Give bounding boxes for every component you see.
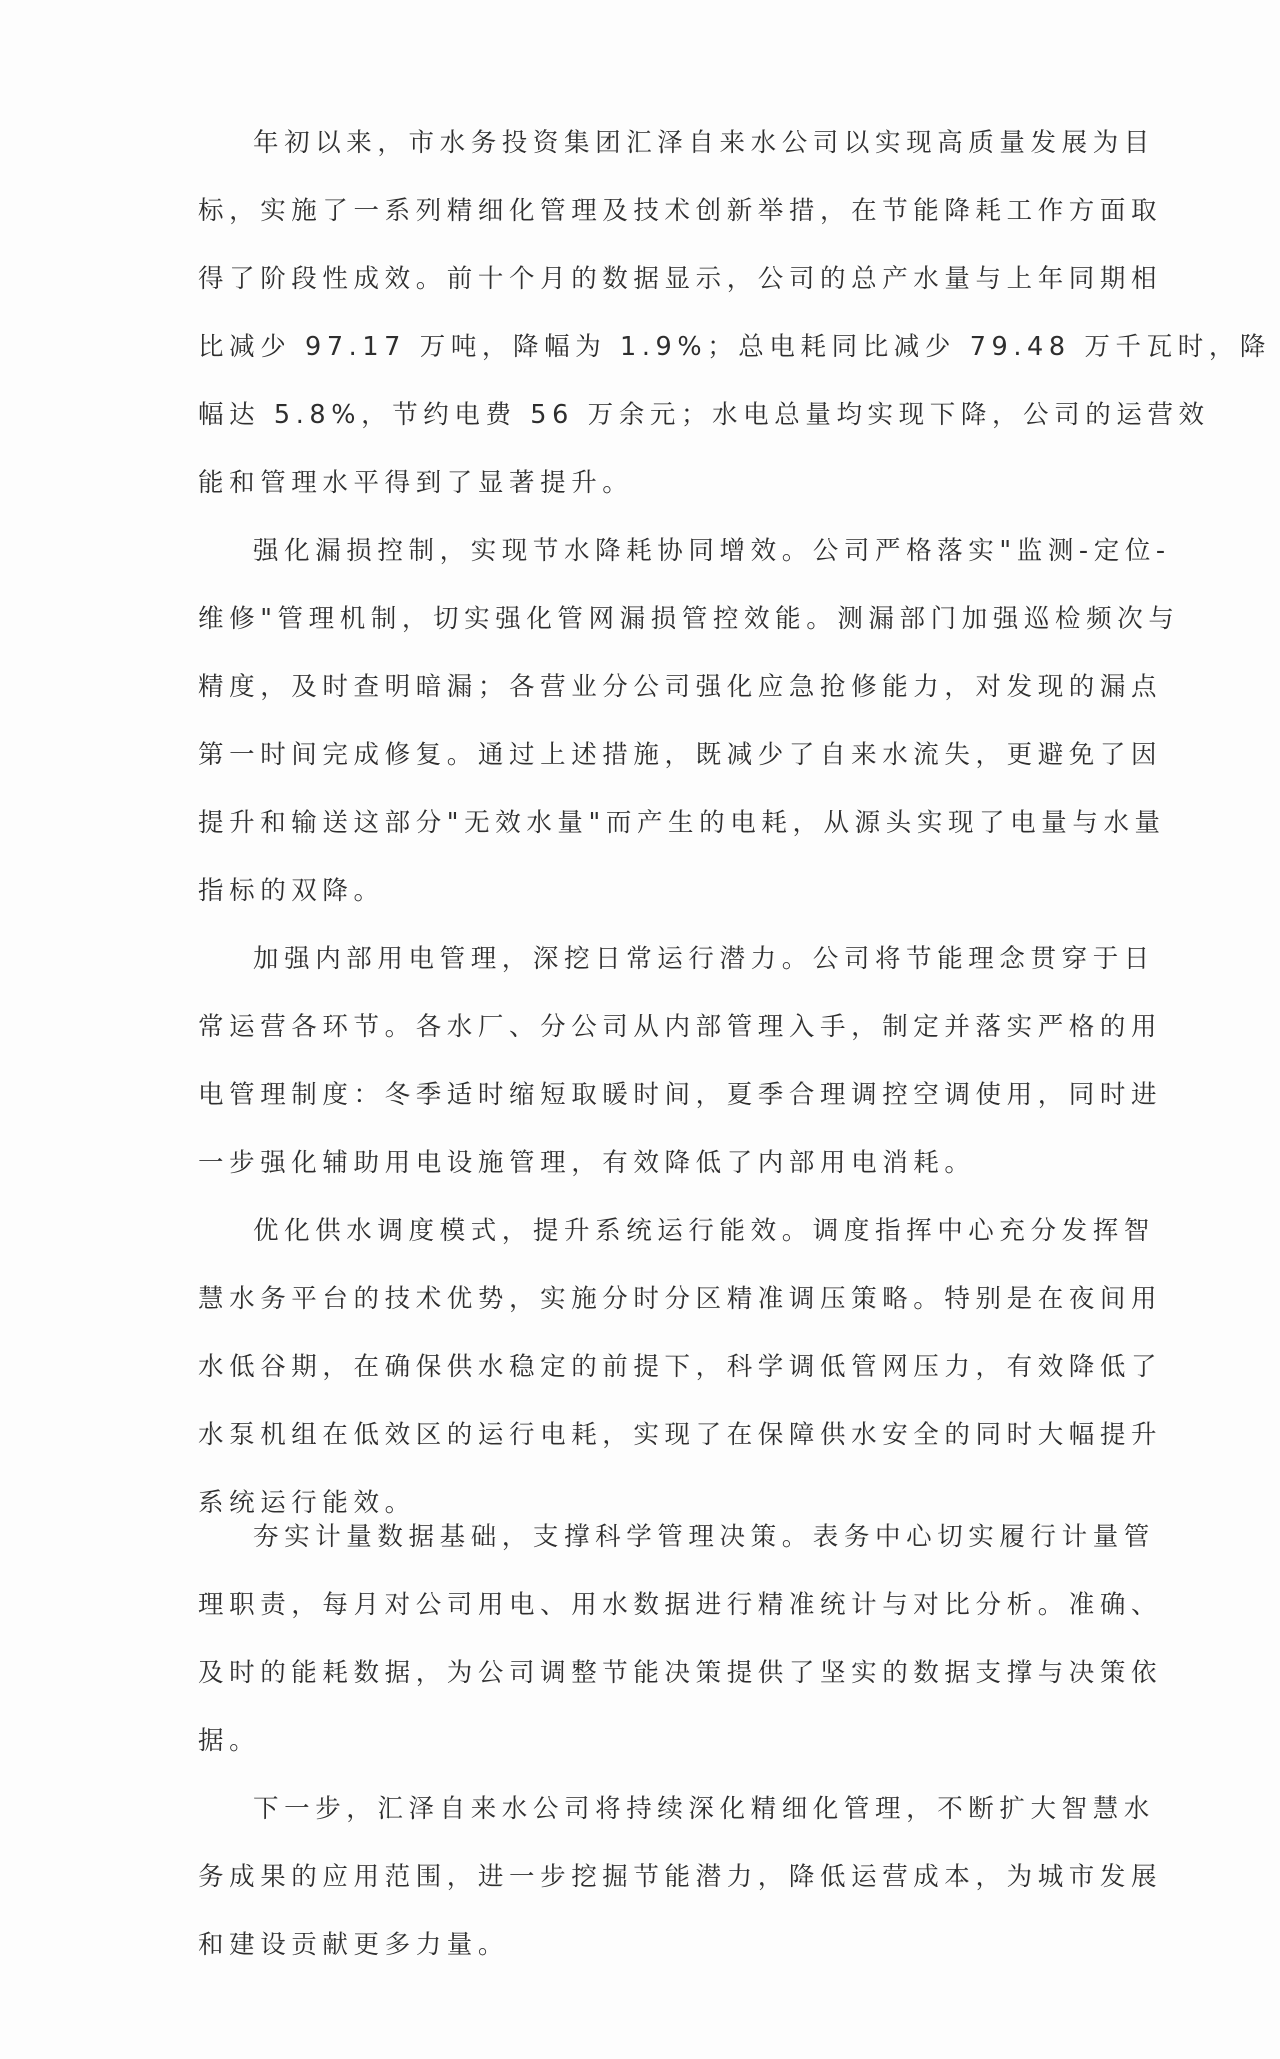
text-line: 能和管理水平得到了显著提升。 — [198, 463, 1102, 503]
text-line: 和建设贡献更多力量。 — [198, 1925, 1102, 1965]
text-line: 夯实计量数据基础，支撑科学管理决策。表务中心切实履行计量管 — [253, 1517, 1102, 1557]
text-line: 一步强化辅助用电设施管理，有效降低了内部用电消耗。 — [198, 1143, 1102, 1183]
text-line: 理职责，每月对公司用电、用水数据进行精准统计与对比分析。准确、 — [198, 1585, 1102, 1625]
text-line: 比减少 97.17 万吨，降幅为 1.9%；总电耗同比减少 79.48 万千瓦时… — [198, 327, 1102, 367]
text-line: 优化供水调度模式，提升系统运行能效。调度指挥中心充分发挥智 — [253, 1211, 1102, 1251]
text-line: 第一时间完成修复。通过上述措施，既减少了自来水流失，更避免了因 — [198, 735, 1102, 775]
text-line: 常运营各环节。各水厂、分公司从内部管理入手，制定并落实严格的用 — [198, 1007, 1102, 1047]
text-line: 加强内部用电管理，深挖日常运行潜力。公司将节能理念贯穿于日 — [253, 939, 1102, 979]
text-line: 得了阶段性成效。前十个月的数据显示，公司的总产水量与上年同期相 — [198, 259, 1102, 299]
text-line: 标，实施了一系列精细化管理及技术创新举措，在节能降耗工作方面取 — [198, 191, 1102, 231]
text-line: 幅达 5.8%，节约电费 56 万余元；水电总量均实现下降，公司的运营效 — [198, 395, 1102, 435]
text-line: 强化漏损控制，实现节水降耗协同增效。公司严格落实"监测-定位- — [253, 531, 1102, 571]
text-line: 务成果的应用范围，进一步挖掘节能潜力，降低运营成本，为城市发展 — [198, 1857, 1102, 1897]
text-line: 维修"管理机制，切实强化管网漏损管控效能。测漏部门加强巡检频次与 — [198, 599, 1102, 639]
text-line: 提升和输送这部分"无效水量"而产生的电耗，从源头实现了电量与水量 — [198, 803, 1102, 843]
text-line: 据。 — [198, 1721, 1102, 1761]
text-line: 年初以来，市水务投资集团汇泽自来水公司以实现高质量发展为目 — [253, 123, 1102, 163]
text-line: 下一步，汇泽自来水公司将持续深化精细化管理，不断扩大智慧水 — [253, 1789, 1102, 1829]
document-page: 年初以来，市水务投资集团汇泽自来水公司以实现高质量发展为目 标，实施了一系列精细… — [0, 0, 1280, 2059]
text-line: 精度，及时查明暗漏；各营业分公司强化应急抢修能力，对发现的漏点 — [198, 667, 1102, 707]
text-line: 水低谷期，在确保供水稳定的前提下，科学调低管网压力，有效降低了 — [198, 1347, 1102, 1387]
text-line: 慧水务平台的技术优势，实施分时分区精准调压策略。特别是在夜间用 — [198, 1279, 1102, 1319]
text-line: 电管理制度：冬季适时缩短取暖时间，夏季合理调控空调使用，同时进 — [198, 1075, 1102, 1115]
text-line: 及时的能耗数据，为公司调整节能决策提供了坚实的数据支撑与决策依 — [198, 1653, 1102, 1693]
text-line: 水泵机组在低效区的运行电耗，实现了在保障供水安全的同时大幅提升 — [198, 1415, 1102, 1455]
text-line: 指标的双降。 — [198, 871, 1102, 911]
